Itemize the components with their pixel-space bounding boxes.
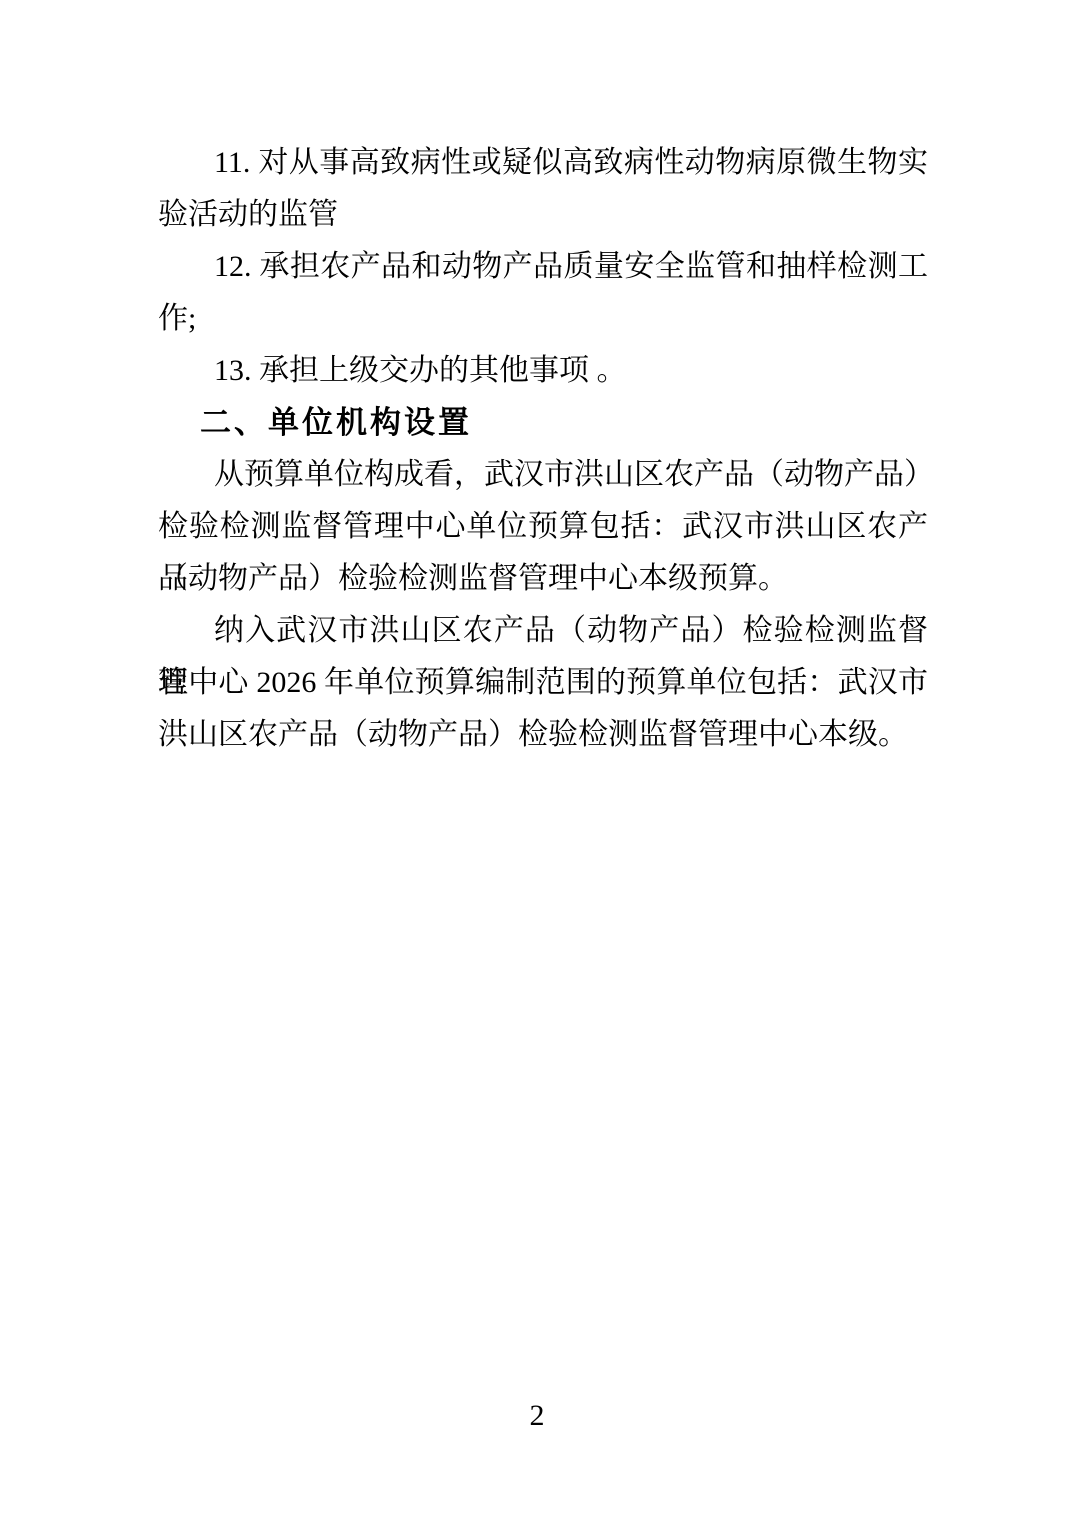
list-item-12-line-2: 作; (158, 293, 928, 345)
paragraph-2-line-2: 理中心 2026 年单位预算编制范围的预算单位包括：武汉市 (158, 657, 928, 709)
list-item-13-line-1: 13. 承担上级交办的其他事项 。 (158, 345, 928, 397)
document-body: 11. 对从事高致病性或疑似高致病性动物病原微生物实 验活动的监管 12. 承担… (158, 137, 928, 761)
paragraph-1-line-3: （动物产品）检验检测监督管理中心本级预算。 (158, 553, 928, 605)
list-item-11-line-1: 11. 对从事高致病性或疑似高致病性动物病原微生物实 (158, 137, 928, 189)
paragraph-2-line-1: 纳入武汉市洪山区农产品（动物产品）检验检测监督管 (158, 605, 928, 657)
document-page: 11. 对从事高致病性或疑似高致病性动物病原微生物实 验活动的监管 12. 承担… (0, 0, 1074, 1520)
paragraph-1-line-1: 从预算单位构成看，武汉市洪山区农产品（动物产品） (158, 449, 928, 501)
paragraph-1-line-2: 检验检测监督管理中心单位预算包括：武汉市洪山区农产品 (158, 501, 928, 553)
page-number: 2 (0, 1396, 1074, 1436)
list-item-12-line-1: 12. 承担农产品和动物产品质量安全监管和抽样检测工 (158, 241, 928, 293)
list-item-11-line-2: 验活动的监管 (158, 189, 928, 241)
paragraph-2-line-3: 洪山区农产品（动物产品）检验检测监督管理中心本级。 (158, 709, 928, 761)
section-heading: 二、单位机构设置 (158, 397, 928, 449)
